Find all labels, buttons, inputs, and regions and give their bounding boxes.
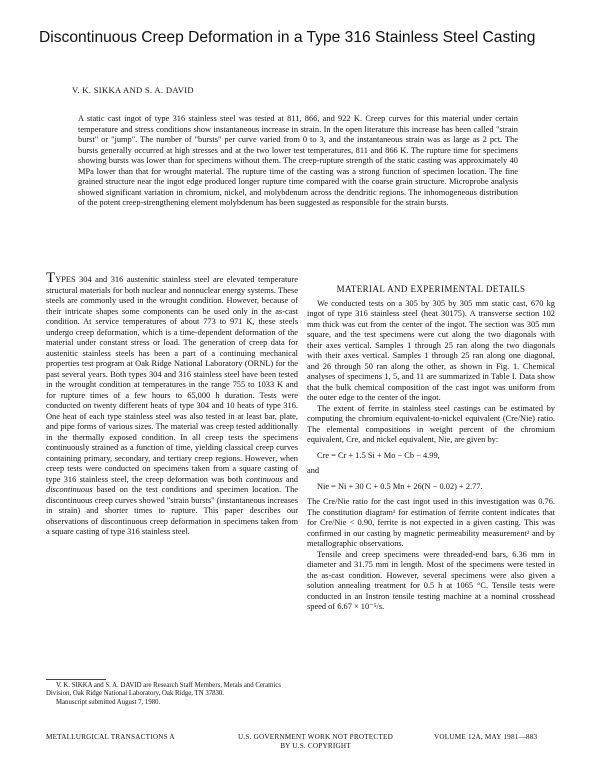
footnote-divider	[46, 679, 106, 680]
copyright-line-2: BY U.S. COPYRIGHT	[228, 742, 403, 751]
paragraph-specimens: We conducted tests on a 305 by 305 by 30…	[307, 299, 555, 404]
left-column: TYPES 304 and 316 austenitic stainless s…	[46, 273, 298, 538]
right-column: MATERIAL AND EXPERIMENTAL DETAILS We con…	[307, 284, 555, 613]
intro-text-start: YPES 304 and 316 austenitic stainless st…	[46, 275, 298, 484]
equation-connector: and	[307, 466, 555, 477]
italic-term-discontinuous: discontinuous	[46, 485, 93, 494]
introduction-paragraph: TYPES 304 and 316 austenitic stainless s…	[46, 273, 298, 538]
equation-nickel-equivalent: Nie = Ni + 30 C + 0.5 Mn + 26(N − 0.02) …	[307, 482, 555, 493]
author-line: V. K. SIKKA AND S. A. DAVID	[72, 85, 194, 95]
journal-name: METALLURGICAL TRANSACTIONS A	[46, 733, 175, 741]
equation-chromium-equivalent: Cre = Cr + 1.5 Si + Mo − Cb − 4.99,	[307, 451, 555, 462]
paragraph-ferrite: The extent of ferrite in stainless steel…	[307, 404, 555, 446]
copyright-notice: U.S. GOVERNMENT WORK NOT PROTECTED BY U.…	[228, 733, 403, 750]
copyright-line-1: U.S. GOVERNMENT WORK NOT PROTECTED	[228, 733, 403, 742]
footnote: V. K. SIKKA and S. A. DAVID are Research…	[46, 682, 298, 707]
section-heading: MATERIAL AND EXPERIMENTAL DETAILS	[307, 284, 555, 295]
paragraph-ratio: The Cre/Nie ratio for the cast ingot use…	[307, 497, 555, 550]
paper-title: Discontinuous Creep Deformation in a Typ…	[39, 28, 559, 47]
drop-cap: T	[46, 270, 55, 286]
intro-text-mid: and	[283, 475, 298, 484]
author-affiliation: V. K. SIKKA and S. A. DAVID are Research…	[46, 682, 298, 699]
volume-page: VOLUME 12A, MAY 1981—883	[434, 733, 537, 741]
paragraph-tensile: Tensile and creep specimens were threade…	[307, 550, 555, 613]
abstract: A static cast ingot of type 316 stainles…	[78, 114, 518, 208]
submission-date: Manuscript submitted August 7, 1980.	[46, 699, 298, 707]
italic-term-continuous: continuous	[246, 475, 283, 484]
